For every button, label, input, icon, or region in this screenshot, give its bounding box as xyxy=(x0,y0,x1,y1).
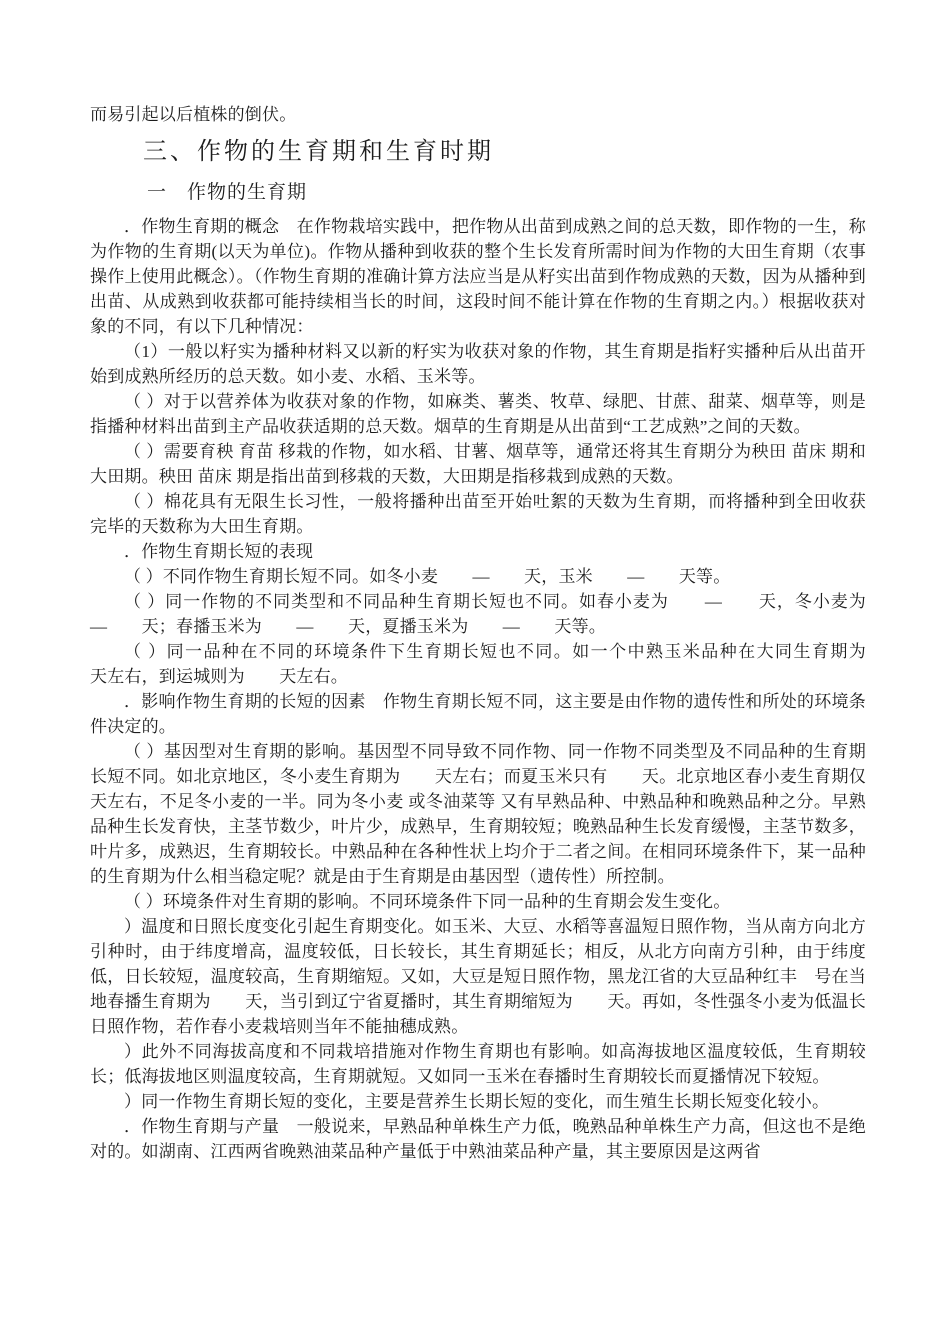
carryover-line: 而易引起以后植株的倒伏。 xyxy=(90,102,866,127)
paragraph-genotype: （ ）基因型对生育期的影响。基因型不同导致不同作物、同一作物不同类型及不同品种的… xyxy=(90,739,866,889)
document-page: 而易引起以后植株的倒伏。 三、作物的生育期和生育时期 一 作物的生育期 ．作物生… xyxy=(0,0,950,1344)
paragraph-case-1: （1）一般以籽实为播种材料又以新的籽实为收获对象的作物，其生育期是指籽实播种后从… xyxy=(90,339,866,389)
paragraph-vegetative-change: ）同一作物生育期长短的变化，主要是营养生长期长短的变化，而生殖生长期长短变化较小… xyxy=(90,1089,866,1114)
paragraph-case-3: （ ）需要育秧 育苗 移栽的作物，如水稻、甘薯、烟草等，通常还将其生育期分为秧田… xyxy=(90,439,866,489)
section-heading: 三、作物的生育期和生育时期 xyxy=(90,136,866,168)
paragraph-duration-1: （ ）不同作物生育期长短不同。如冬小麦 — 天，玉米 — 天等。 xyxy=(90,564,866,589)
paragraph-altitude: ）此外不同海拔高度和不同栽培措施对作物生育期也有影响。如高海拔地区温度较低，生育… xyxy=(90,1039,866,1089)
paragraph-case-4: （ ）棉花具有无限生长习性，一般将播种出苗至开始吐絮的天数为生育期，而将播种到全… xyxy=(90,489,866,539)
paragraph-duration-3: （ ）同一品种在不同的环境条件下生育期长短也不同。如一个中熟玉米品种在大同生育期… xyxy=(90,639,866,689)
paragraph-temperature-daylength: ）温度和日照长度变化引起生育期变化。如玉米、大豆、水稻等喜温短日照作物，当从南方… xyxy=(90,914,866,1039)
paragraph-factors-heading: ．影响作物生育期的长短的因素 作物生育期长短不同，这主要是由作物的遗传性和所处的… xyxy=(90,689,866,739)
paragraph-yield: ．作物生育期与产量 一般说来，早熟品种单株生产力低，晚熟品种单株生产力高，但这也… xyxy=(90,1114,866,1164)
paragraph-duration-heading: ．作物生育期长短的表现 xyxy=(90,539,866,564)
paragraph-duration-2: （ ）同一作物的不同类型和不同品种生育期长短也不同。如春小麦为 — 天，冬小麦为… xyxy=(90,589,866,639)
paragraph-environment: （ ）环境条件对生育期的影响。不同环境条件下同一品种的生育期会发生变化。 xyxy=(90,889,866,914)
paragraph-case-2: （ ）对于以营养体为收获对象的作物，如麻类、薯类、牧草、绿肥、甘蔗、甜菜、烟草等… xyxy=(90,389,866,439)
subsection-heading: 一 作物的生育期 xyxy=(90,179,866,207)
paragraph-concept: ．作物生育期的概念 在作物栽培实践中，把作物从出苗到成熟之间的总天数，即作物的一… xyxy=(90,214,866,339)
